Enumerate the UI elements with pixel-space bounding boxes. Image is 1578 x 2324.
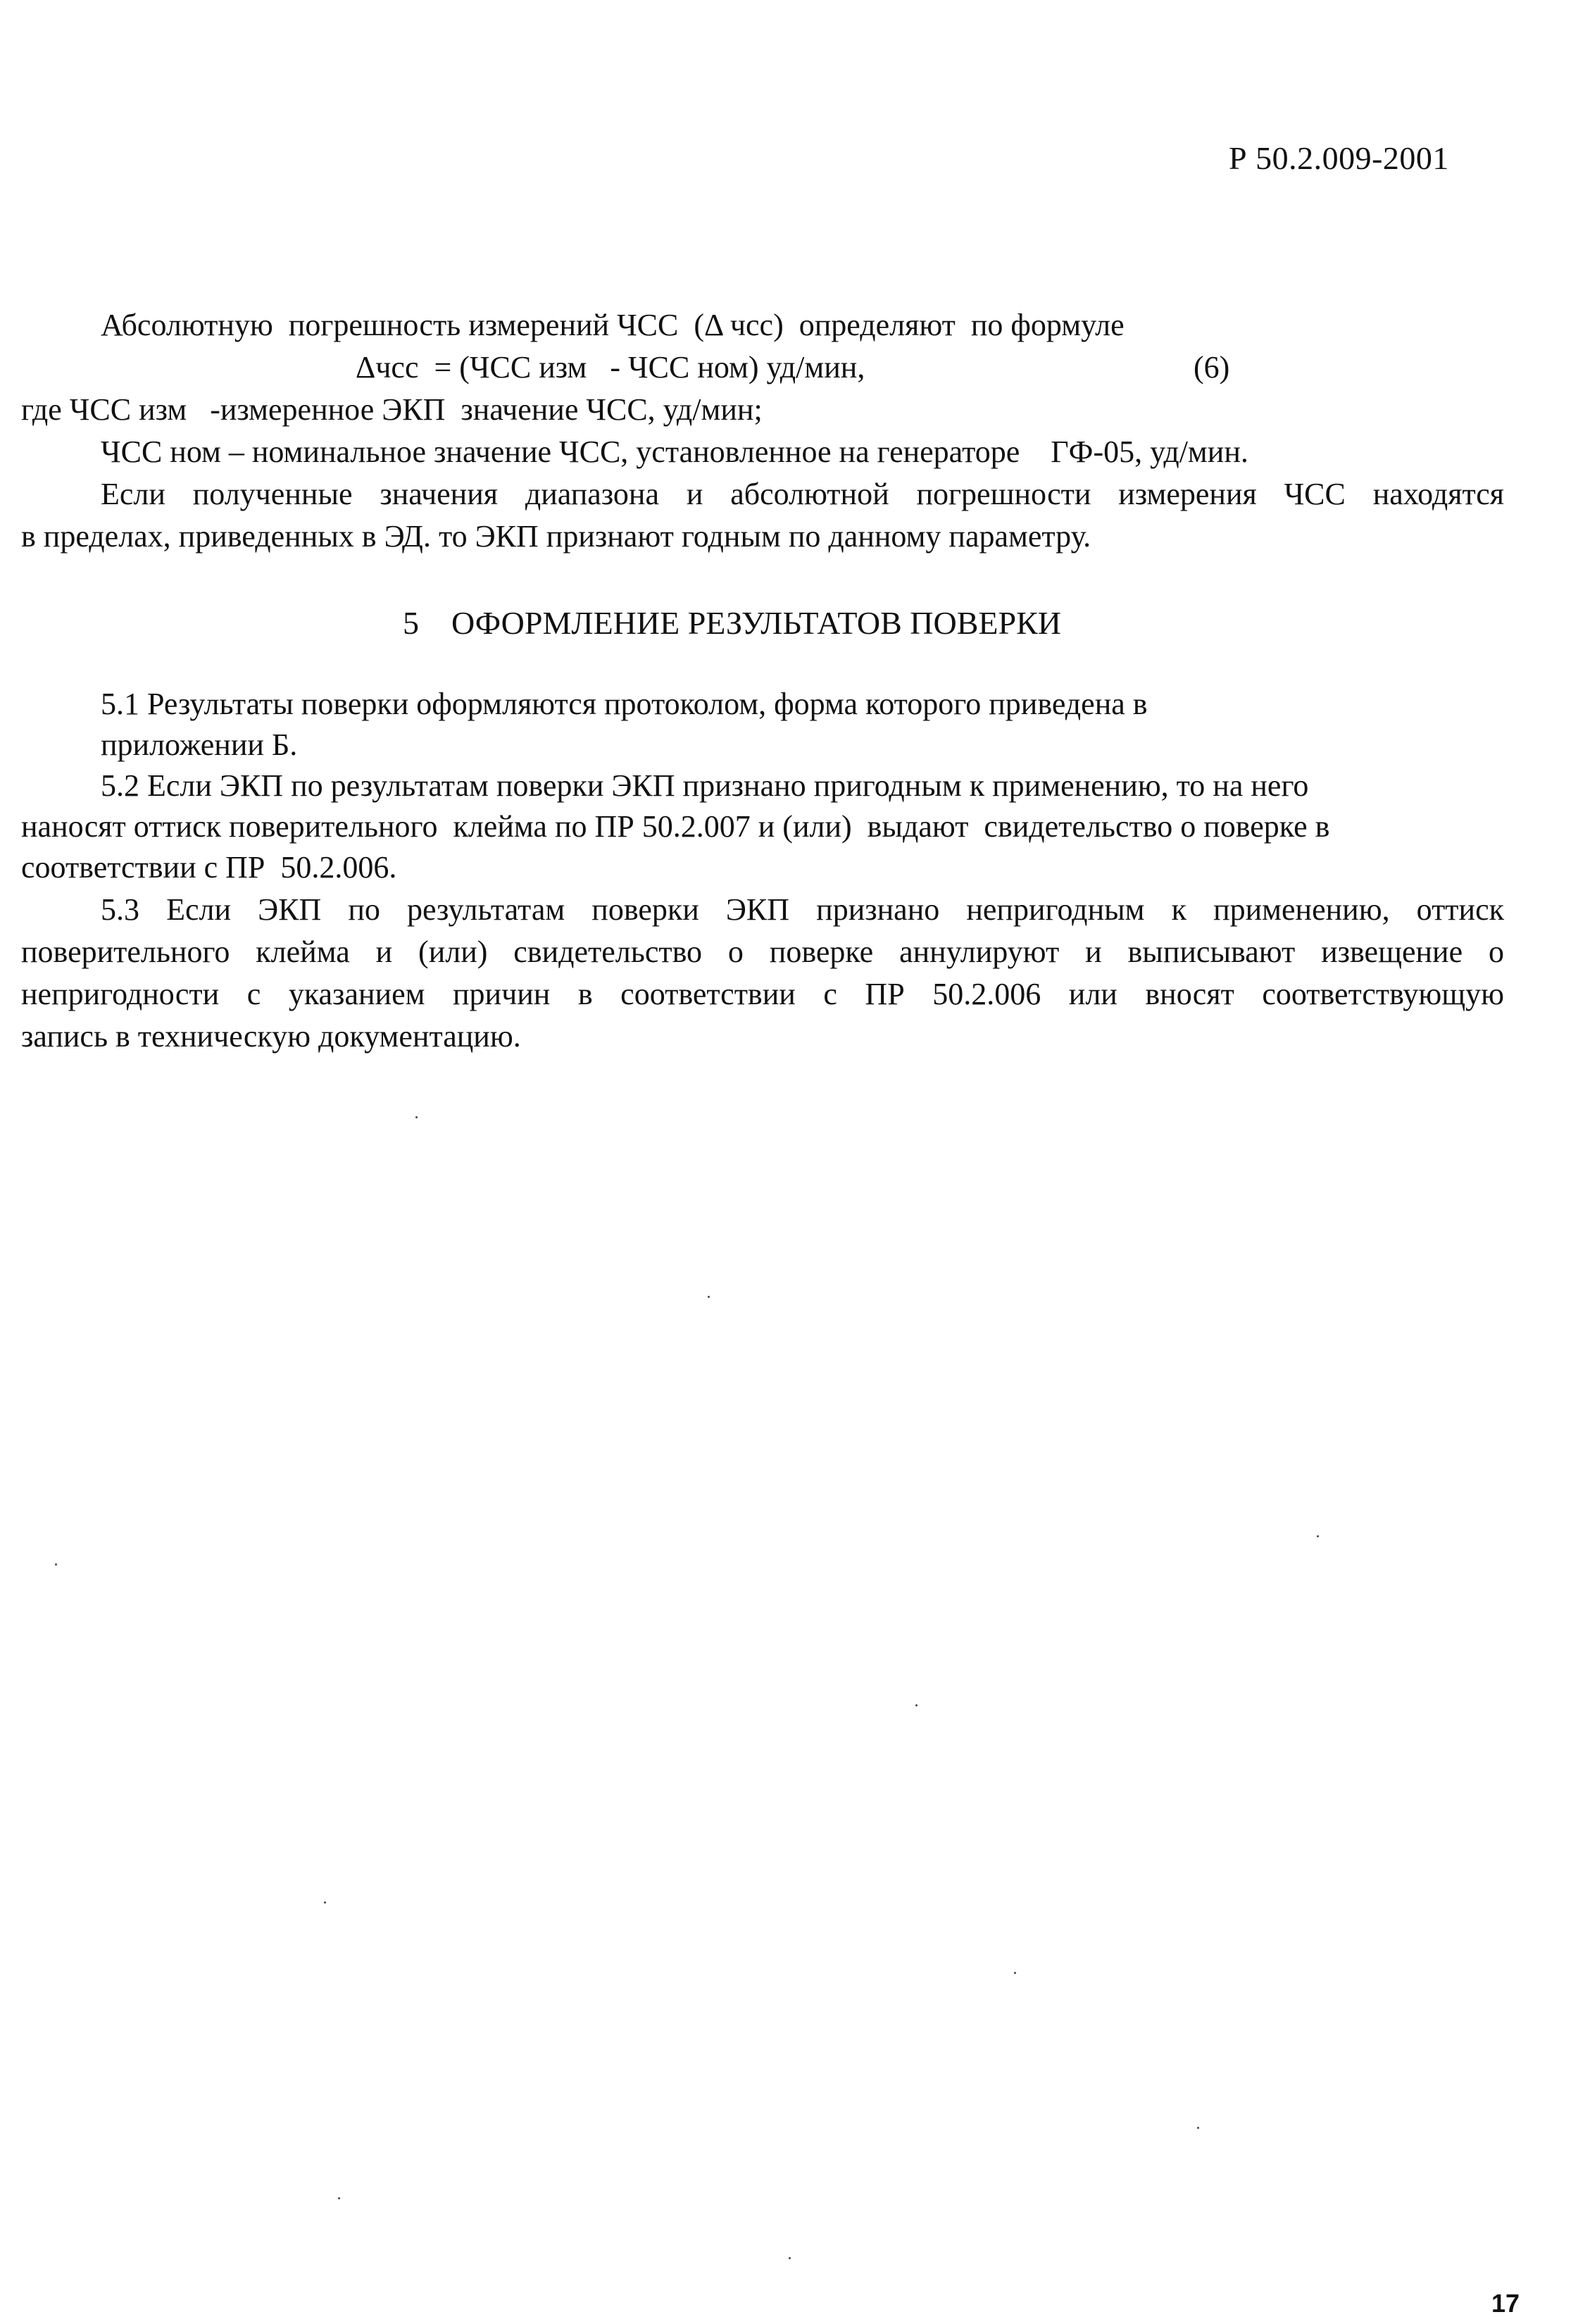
scan-speck: [415, 1116, 418, 1118]
page-number: 17: [1491, 2289, 1520, 2318]
formula-number: (6): [1194, 352, 1229, 383]
paragraph-5-3-line-2: поверительного клейма и (или) свидетельс…: [21, 937, 1504, 968]
scan-speck: [324, 1901, 326, 1904]
paragraph-5-1-line-2: приложении Б.: [101, 730, 297, 761]
scan-speck: [55, 1563, 57, 1566]
formula-where-2: ЧСС ном – номинальное значение ЧСС, уста…: [101, 437, 1248, 468]
paragraph-5-3-line-4: запись в техническую документацию.: [21, 1021, 521, 1052]
paragraph-5-3-line-1: 5.3 Если ЭКП по результатам поверки ЭКП …: [101, 894, 1504, 925]
formula-where-1: где ЧСС изм -измеренное ЭКП значение ЧСС…: [21, 394, 763, 425]
document-page: Р 50.2.009-2001 Абсолютную погрешность и…: [0, 0, 1578, 2324]
conclusion-line-2: в пределах, приведенных в ЭД. то ЭКП при…: [21, 521, 1091, 552]
paragraph-5-2-line-3: соответствии с ПР 50.2.006.: [21, 852, 396, 883]
scan-speck: [1197, 2127, 1199, 2129]
paragraph-5-1-line-1: 5.1 Результаты поверки оформляются прото…: [101, 689, 1148, 720]
scan-speck: [708, 1296, 710, 1298]
scan-speck: [1317, 1535, 1319, 1537]
paragraph-5-3-line-3: непригодности с указанием причин в соотв…: [21, 979, 1504, 1010]
formula-expression: Δчсс = (ЧСС изм - ЧСС ном) уд/мин,: [356, 352, 865, 383]
scan-speck: [915, 1704, 918, 1706]
scan-speck: [789, 2257, 791, 2259]
section-heading: 5 ОФОРМЛЕНИЕ РЕЗУЛЬТАТОВ ПОВЕРКИ: [403, 604, 1061, 642]
scan-speck: [1014, 1972, 1016, 1974]
scan-speck: [338, 2197, 340, 2199]
document-code: Р 50.2.009-2001: [1229, 139, 1449, 177]
paragraph-5-2-line-2: наносят оттиск поверительного клейма по …: [21, 811, 1329, 842]
paragraph-5-2-line-1: 5.2 Если ЭКП по результатам поверки ЭКП …: [101, 770, 1308, 801]
formula-intro: Абсолютную погрешность измерений ЧСС (Δ …: [101, 310, 1125, 341]
conclusion-line-1: Если полученные значения диапазона и абс…: [101, 479, 1504, 510]
